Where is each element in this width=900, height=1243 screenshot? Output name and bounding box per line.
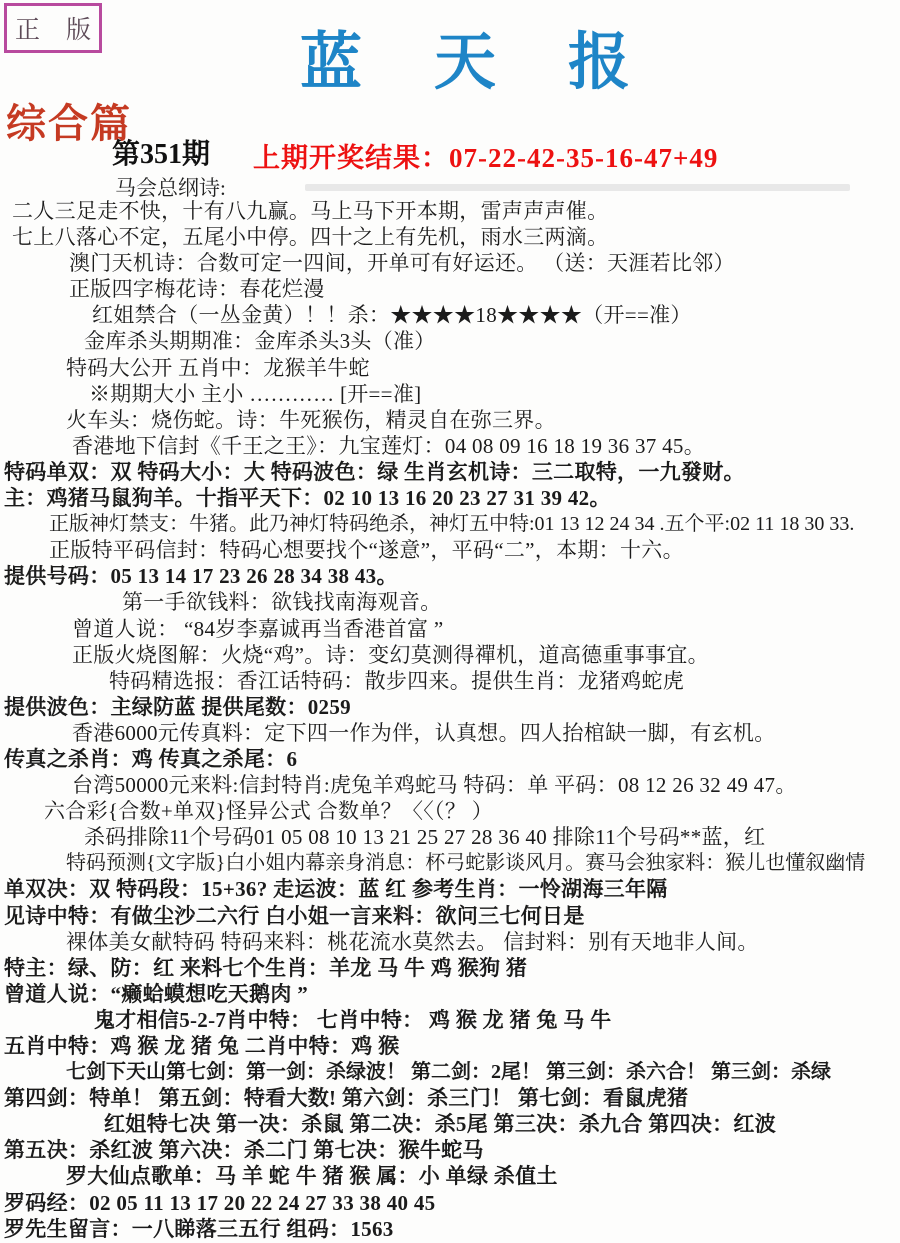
text-line: 香港6000元传真料：定下四一作为伴，认真想。四人抬棺缺一脚，有玄机。 (4, 720, 900, 746)
text-line: 罗大仙点歌单：马 羊 蛇 牛 猪 猴 属：小 单绿 杀值土 (4, 1163, 900, 1189)
text-line: 曾道人说：“癞蛤蟆想吃天鹅肉 ” (4, 981, 900, 1007)
last-draw-result: 上期开奖结果：07-22-42-35-16-47+49 (253, 136, 718, 175)
text-line: 特主：绿、防：红 来料七个生肖：羊龙 马 牛 鸡 猴狗 猪 (4, 955, 900, 981)
text-line: 六合彩{合数+单双}怪异公式 合数单？〈〈（？ ） (4, 798, 900, 824)
text-line: 香港地下信封《千王之王》：九宝莲灯：04 08 09 16 18 19 36 3… (4, 433, 900, 459)
text-line: 罗码经：02 05 11 13 17 20 22 24 27 33 38 40 … (4, 1190, 900, 1216)
text-line: 特码大公开 五肖中：龙猴羊牛蛇 (4, 355, 900, 381)
text-line: 正版特平码信封：特码心想要找个“遂意”，平码“二”，本期：十六。 (4, 537, 900, 563)
text-line: 裸体美女献特码 特码来料：桃花流水莫然去。 信封料：别有天地非人间。 (4, 929, 900, 955)
paper-title: 蓝天报 (300, 12, 702, 101)
text-line: 正版火烧图解：火烧“鸡”。诗：变幻莫测得禪机，道高德重事事宜。 (4, 642, 900, 668)
text-line: 特码预测{文字版}白小姐内幕亲身消息：杯弓蛇影谈风月。赛马会独家料：猴儿也懂叙幽… (4, 850, 900, 876)
text-line: 红姐特七决 第一决：杀鼠 第二决：杀5尾 第三决：杀九合 第四决：红波 (4, 1111, 900, 1137)
text-line: 二人三足走不快，十有八九赢。马上马下开本期，雷声声声催。 (4, 198, 900, 224)
text-line: 特码单双：双 特码大小：大 特码波色：绿 生肖玄机诗：三二取特，一九發财。 (4, 459, 900, 485)
text-line: 七剑下天山第七剑：第一剑：杀绿波！ 第二剑：2尾！ 第三剑：杀六合！ 第三剑：杀… (4, 1059, 900, 1085)
text-line: 台湾50000元来料:信封特肖:虎兔羊鸡蛇马 特码：单 平码：08 12 26 … (4, 772, 900, 798)
newspaper-page: 正版 蓝天报 综合篇 第351期 上期开奖结果：07-22-42-35-16-4… (0, 0, 900, 1243)
edition-badge-label: 正版 (15, 10, 117, 46)
text-line: 罗先生留言：一八睇落三五行 组码：1563 (4, 1216, 900, 1242)
text-line: 七上八落心不定，五尾小中停。四十之上有先机，雨水三两滴。 (4, 224, 900, 250)
text-line: 红姐禁合（一丛金黄）！！杀：★★★★18★★★★（开==准） (4, 302, 900, 328)
edition-badge: 正版 (4, 3, 102, 53)
text-line: 火车头：烧伤蛇。诗：牛死猴伤，精灵自在弥三界。 (4, 407, 900, 433)
text-line: 见诗中特：有做尘沙二六行 白小姐一言来料：欲问三七何日是 (4, 903, 900, 929)
text-line: 第五决：杀红波 第六决：杀二门 第七决：猴牛蛇马 (4, 1137, 900, 1163)
text-line: 金库杀头期期准：金库杀头3头（准） (4, 328, 900, 354)
text-line: 正版神灯禁支：牛猪。此乃神灯特码绝杀，神灯五中特:01 13 12 24 34 … (4, 511, 900, 537)
text-line: ※期期大小 主小 ………… [开==准] (4, 381, 900, 407)
text-line: 提供号码：05 13 14 17 23 26 28 34 38 43。 (4, 563, 900, 589)
text-line: 鬼才相信5-2-7肖中特： 七肖中特： 鸡 猴 龙 猪 兔 马 牛 (4, 1007, 900, 1033)
text-line: 正版四字梅花诗：春花烂漫 (4, 276, 900, 302)
text-line: 杀码排除11个号码01 05 08 10 13 21 25 27 28 36 4… (4, 824, 900, 850)
text-line: 第一手欲钱料：欲钱找南海观音。 (4, 589, 900, 615)
text-line: 单双决：双 特码段：15+36? 走运波：蓝 红 参考生肖：一怜湖海三年隔 (4, 876, 900, 902)
text-line: 特码精选报：香江话特码：散步四来。提供生肖：龙猪鸡蛇虎 (4, 668, 900, 694)
text-line: 传真之杀肖：鸡 传真之杀尾：6 (4, 746, 900, 772)
text-line: 五肖中特：鸡 猴 龙 猪 兔 二肖中特：鸡 猴 (4, 1033, 900, 1059)
body-lines: 二人三足走不快，十有八九赢。马上马下开本期，雷声声声催。七上八落心不定，五尾小中… (4, 198, 900, 1242)
text-line: 主：鸡猪马鼠狗羊。十指平天下：02 10 13 16 20 23 27 31 3… (4, 485, 900, 511)
faded-watermark-band (305, 184, 850, 191)
text-line: 澳门天机诗：合数可定一四间，开单可有好运还。 （送：天涯若比邻） (4, 250, 900, 276)
text-line: 提供波色：主绿防蓝 提供尾数：0259 (4, 694, 900, 720)
issue-number: 第351期 (112, 132, 210, 172)
text-line: 第四剑：特单！ 第五剑：特看大数! 第六剑：杀三门！ 第七剑：看鼠虎猪 (4, 1085, 900, 1111)
text-line: 曾道人说： “84岁李嘉诚再当香港首富 ” (4, 616, 900, 642)
